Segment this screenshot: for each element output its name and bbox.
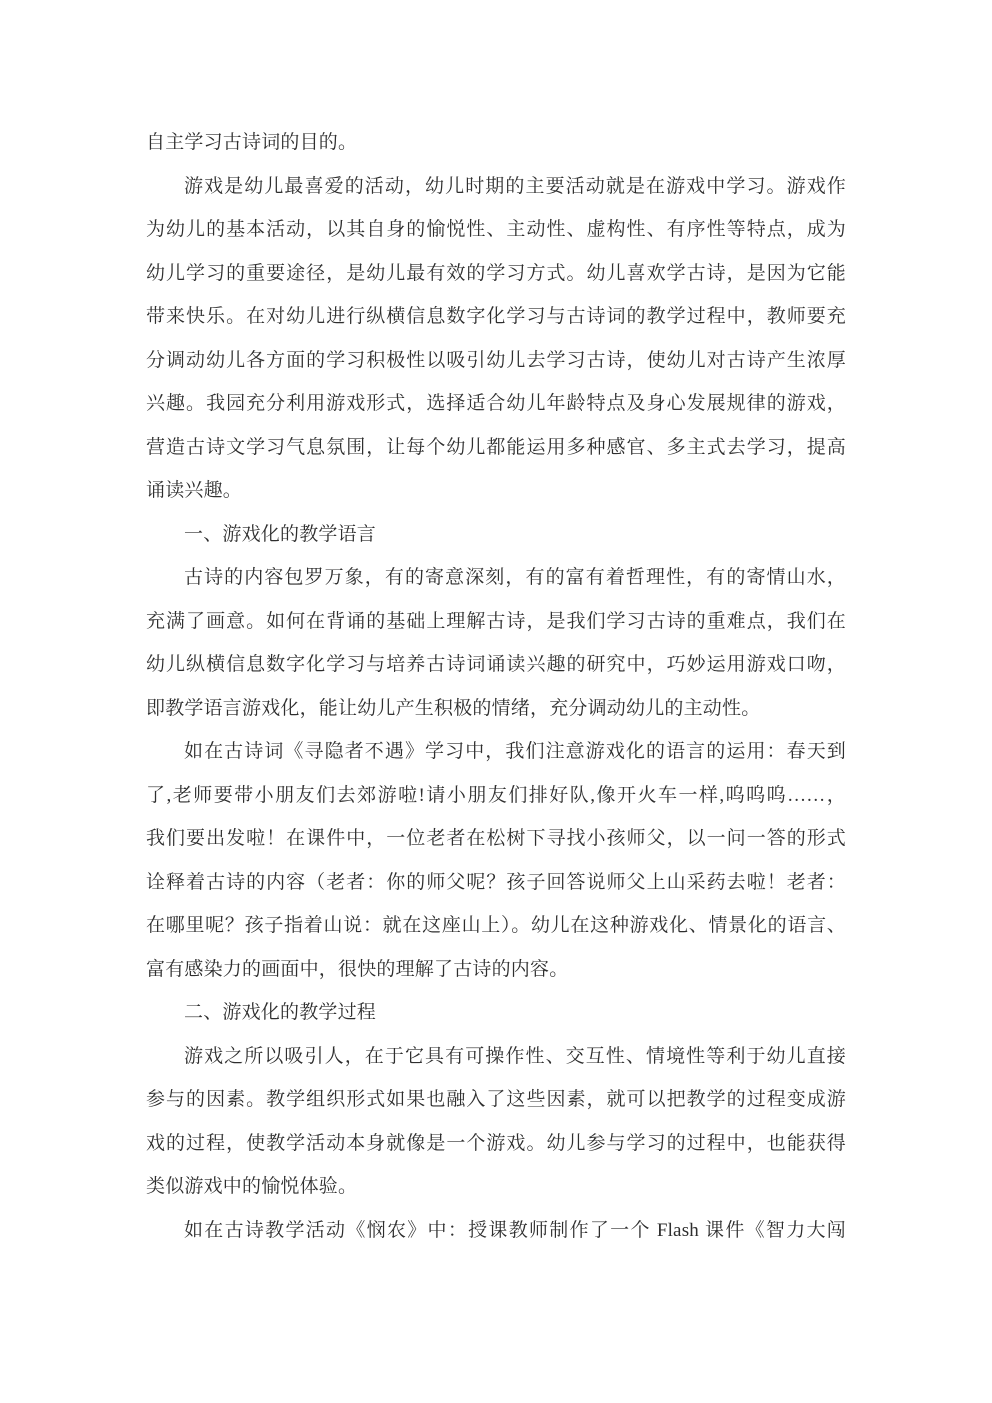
text-line: 了,老师要带小朋友们去郊游啦!请小朋友们排好队,像开火车一样,呜呜呜……，	[146, 774, 846, 818]
text-line: 如在古诗词《寻隐者不遇》学习中，我们注意游戏化的语言的运用：春天到	[146, 730, 846, 774]
text-line: 幼儿纵横信息数字化学习与培养古诗词诵读兴趣的研究中，巧妙运用游戏口吻，	[146, 643, 846, 687]
text-line: 带来快乐。在对幼儿进行纵横信息数字化学习与古诗词的教学过程中，教师要充	[146, 295, 846, 339]
text-line: 幼儿学习的重要途径，是幼儿最有效的学习方式。幼儿喜欢学古诗，是因为它能	[146, 252, 846, 296]
text-line: 兴趣。我园充分利用游戏形式，选择适合幼儿年龄特点及身心发展规律的游戏，	[146, 382, 846, 426]
text-line: 即教学语言游戏化，能让幼儿产生积极的情绪，充分调动幼儿的主动性。	[146, 687, 846, 731]
text-line: 自主学习古诗词的目的。	[146, 121, 846, 165]
text-line: 类似游戏中的愉悦体验。	[146, 1165, 846, 1209]
text-line: 营造古诗文学习气息氛围，让每个幼儿都能运用多种感官、多主式去学习，提高	[146, 426, 846, 470]
text-line: 诠释着古诗的内容（老者：你的师父呢？孩子回答说师父上山采药去啦！老者：	[146, 861, 846, 905]
text-line: 二、游戏化的教学过程	[146, 991, 846, 1035]
text-line: 我们要出发啦！在课件中，一位老者在松树下寻找小孩师父，以一问一答的形式	[146, 817, 846, 861]
text-line: 在哪里呢？孩子指着山说：就在这座山上）。幼儿在这种游戏化、情景化的语言、	[146, 904, 846, 948]
text-line: 一、游戏化的教学语言	[146, 513, 846, 557]
text-line: 游戏是幼儿最喜爱的活动，幼儿时期的主要活动就是在游戏中学习。游戏作	[146, 165, 846, 209]
text-line: 富有感染力的画面中，很快的理解了古诗的内容。	[146, 948, 846, 992]
document-page: 自主学习古诗词的目的。游戏是幼儿最喜爱的活动，幼儿时期的主要活动就是在游戏中学习…	[146, 0, 846, 1252]
text-line: 诵读兴趣。	[146, 469, 846, 513]
text-line: 参与的因素。教学组织形式如果也融入了这些因素，就可以把教学的过程变成游	[146, 1078, 846, 1122]
text-line: 如在古诗教学活动《悯农》中：授课教师制作了一个 Flash 课件《智力大闯	[146, 1209, 846, 1253]
text-line: 古诗的内容包罗万象，有的寄意深刻，有的富有着哲理性，有的寄情山水，	[146, 556, 846, 600]
text-line: 为幼儿的基本活动，以其自身的愉悦性、主动性、虚构性、有序性等特点，成为	[146, 208, 846, 252]
text-line: 分调动幼儿各方面的学习积极性以吸引幼儿去学习古诗，使幼儿对古诗产生浓厚	[146, 339, 846, 383]
text-line: 充满了画意。如何在背诵的基础上理解古诗，是我们学习古诗的重难点，我们在	[146, 600, 846, 644]
text-line: 戏的过程，使教学活动本身就像是一个游戏。幼儿参与学习的过程中，也能获得	[146, 1122, 846, 1166]
text-line: 游戏之所以吸引人，在于它具有可操作性、交互性、情境性等利于幼儿直接	[146, 1035, 846, 1079]
